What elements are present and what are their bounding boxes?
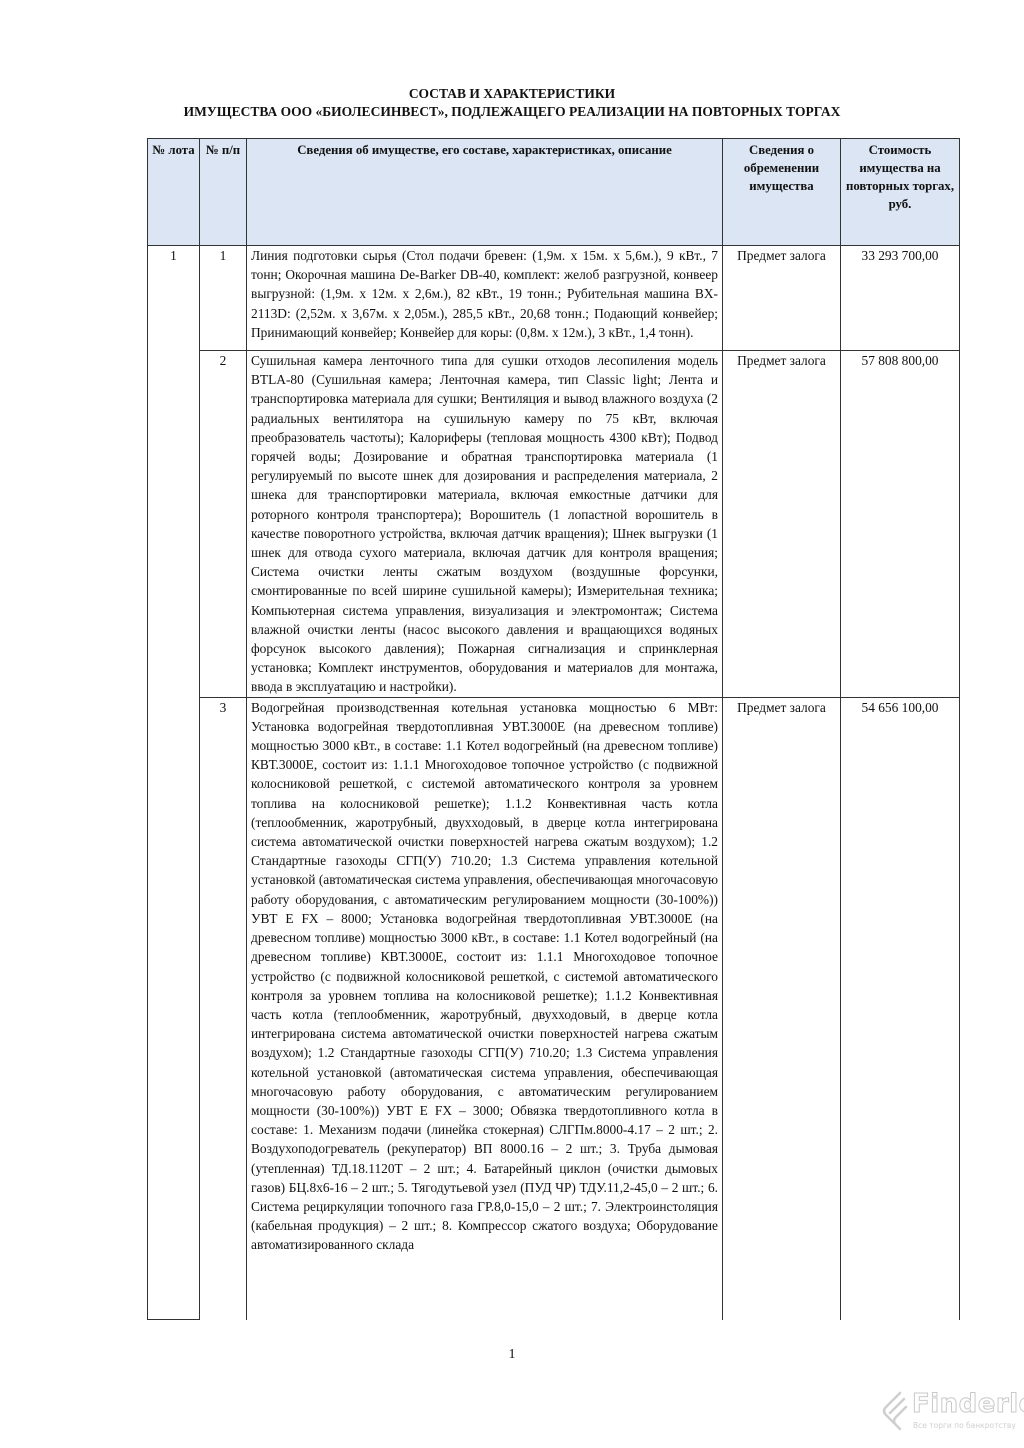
cell-item-no: 3: [200, 697, 247, 1320]
header-description: Сведения об имуществе, его составе, хара…: [247, 139, 723, 246]
table-row: 1 1 Линия подготовки сырья (Стол подачи …: [148, 246, 960, 351]
description-text: Водогрейная производственная котельная у…: [251, 698, 718, 1320]
cell-encumbrance: Предмет залога: [723, 246, 841, 351]
table-header-row: № лота № п/п Сведения об имуществе, его …: [148, 139, 960, 246]
finderlot-logo-icon: [880, 1391, 910, 1431]
cell-encumbrance: Предмет залога: [723, 697, 841, 1320]
cell-price: 57 808 800,00: [841, 351, 960, 698]
cell-item-no: 2: [200, 351, 247, 698]
document-title-line-1: СОСТАВ И ХАРАКТЕРИСТИКИ: [0, 86, 1024, 102]
watermark-tagline: Все торги по банкротству: [913, 1421, 1016, 1430]
table-row: 2 Сушильная камера ленточного типа для с…: [148, 351, 960, 698]
table-row: 3 Водогрейная производственная котельная…: [148, 697, 960, 1320]
cell-lot-no: 1: [148, 246, 200, 1320]
cell-item-no: 1: [200, 246, 247, 351]
header-item-no: № п/п: [200, 139, 247, 246]
cell-price: 33 293 700,00: [841, 246, 960, 351]
cell-price: 54 656 100,00: [841, 697, 960, 1320]
watermark: Finderlot Все торги по банкротству: [880, 1389, 1020, 1439]
property-table: № лота № п/п Сведения об имуществе, его …: [147, 138, 960, 1320]
cell-description: Линия подготовки сырья (Стол подачи брев…: [247, 246, 723, 351]
cell-encumbrance: Предмет залога: [723, 351, 841, 698]
header-encumbrance: Сведения о обременении имущества: [723, 139, 841, 246]
document-title-line-2: ИМУЩЕСТВА ООО «БИОЛЕСИНВЕСТ», ПОДЛЕЖАЩЕГ…: [0, 104, 1024, 120]
header-lot-no: № лота: [148, 139, 200, 246]
cell-description: Сушильная камера ленточного типа для суш…: [247, 351, 723, 698]
header-price: Стоимость имущества на повторных торгах,…: [841, 139, 960, 246]
cell-description: Водогрейная производственная котельная у…: [247, 697, 723, 1320]
watermark-brand: Finderlot: [912, 1389, 1024, 1419]
page-number: 1: [0, 1347, 1024, 1363]
